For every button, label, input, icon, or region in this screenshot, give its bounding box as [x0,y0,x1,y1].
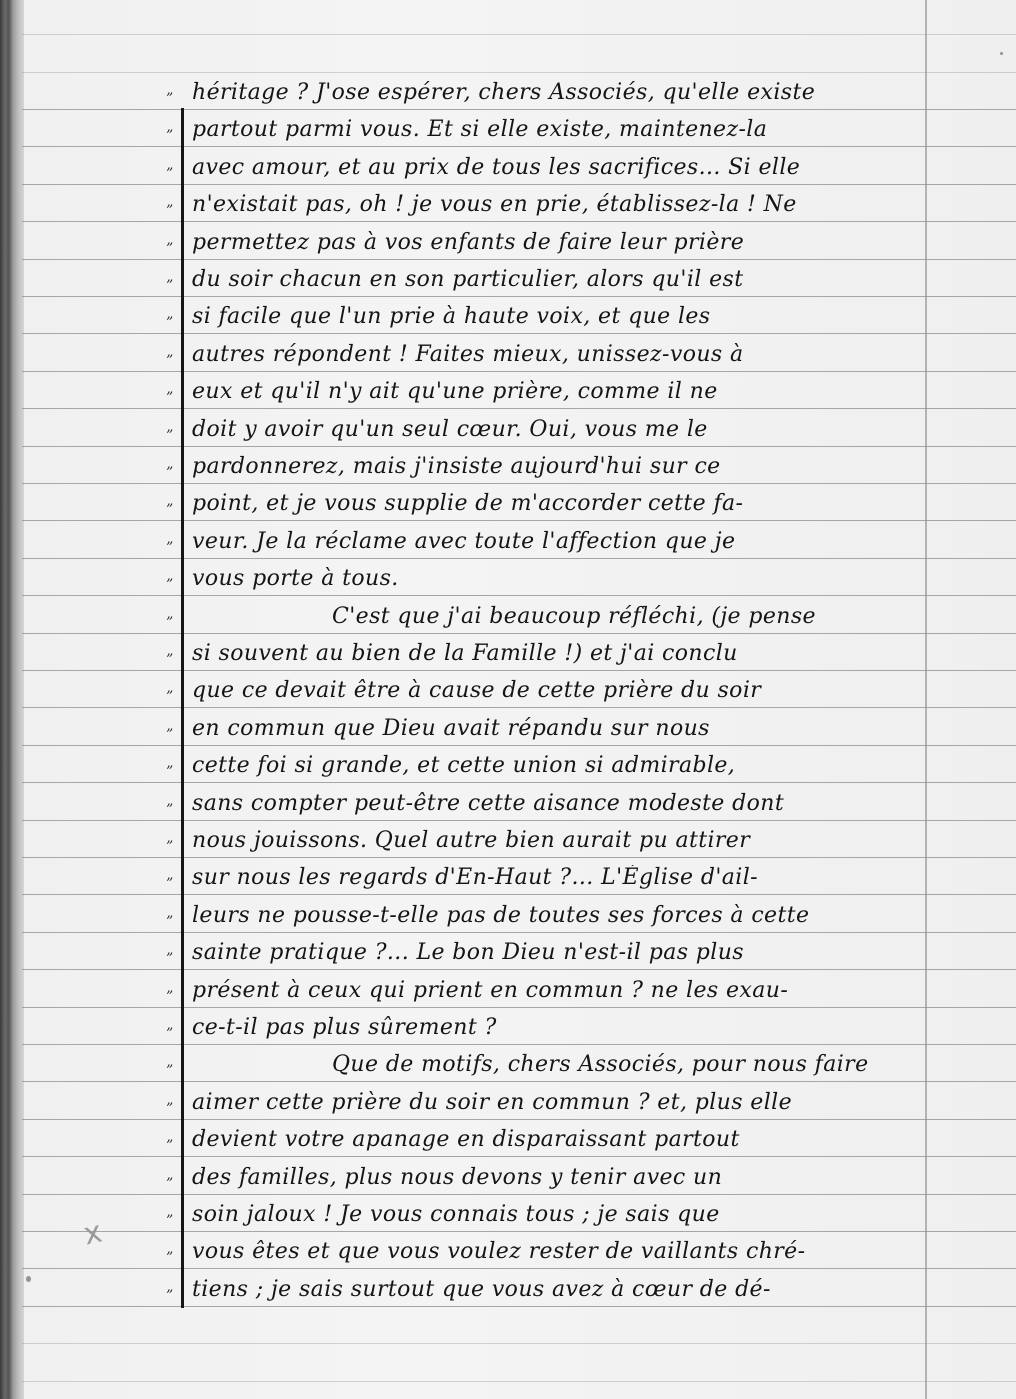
guillemet-margin-mark: ” [166,1176,173,1192]
manuscript-line: ”sur nous les regards d'En-Haut ?... L'É… [0,857,1016,894]
manuscript-line: ”devient votre apanage en disparaissant … [0,1119,1016,1156]
paper-speck [1000,52,1003,55]
guillemet-margin-mark: ” [166,166,173,182]
manuscript-line: ”partout parmi vous. Et si elle existe, … [0,109,1016,146]
line-text: sur nous les regards d'En-Haut ?... L'Ég… [192,865,920,890]
guillemet-margin-mark: ” [166,1026,173,1042]
line-text: cette foi si grande, et cette union si a… [192,753,920,778]
line-text: eux et qu'il n'y ait qu'une prière, comm… [192,379,920,404]
guillemet-margin-mark: ” [166,1250,173,1266]
line-text: C'est que j'ai beaucoup réfléchi, (je pe… [192,604,920,629]
guillemet-margin-mark: ” [166,764,173,780]
manuscript-line: ”des familles, plus nous devons y tenir … [0,1156,1016,1193]
manuscript-line: ”veur. Je la réclame avec toute l'affect… [0,520,1016,557]
manuscript-line: ”vous porte à tous. [0,558,1016,595]
guillemet-margin-mark: ” [166,652,173,668]
line-text: du soir chacun en son particulier, alors… [192,267,920,292]
guillemet-margin-mark: ” [166,1063,173,1079]
manuscript-line: ”doit y avoir qu'un seul cœur. Oui, vous… [0,408,1016,445]
manuscript-line: ”vous êtes et que vous voulez rester de … [0,1231,1016,1268]
line-text: aimer cette prière du soir en commun ? e… [192,1090,920,1115]
guillemet-margin-mark: ” [166,839,173,855]
guillemet-margin-mark: ” [166,914,173,930]
ruled-line [22,34,1016,35]
guillemet-margin-mark: ” [166,951,173,967]
guillemet-margin-mark: ” [166,390,173,406]
line-text: n'existait pas, oh ! je vous en prie, ét… [192,192,920,217]
line-text: nous jouissons. Quel autre bien aurait p… [192,828,920,853]
manuscript-line: ”sainte pratique ?... Le bon Dieu n'est-… [0,932,1016,969]
guillemet-margin-mark: ” [166,577,173,593]
guillemet-margin-mark: ” [166,689,173,705]
manuscript-line: ”nous jouissons. Quel autre bien aurait … [0,820,1016,857]
guillemet-margin-mark: ” [166,241,173,257]
line-text: avec amour, et au prix de tous les sacri… [192,155,920,180]
manuscript-line: ”soin jaloux ! Je vous connais tous ; je… [0,1194,1016,1231]
manuscript-line: ”sans compter peut-être cette aisance mo… [0,782,1016,819]
guillemet-margin-mark: ” [166,1288,173,1304]
ruled-line [22,1306,1016,1307]
guillemet-margin-mark: ” [166,615,173,631]
ruled-line [22,1343,1016,1344]
line-text: que ce devait être à cause de cette priè… [192,678,920,703]
line-text: soin jaloux ! Je vous connais tous ; je … [192,1202,920,1227]
line-text: des familles, plus nous devons y tenir a… [192,1165,920,1190]
manuscript-line: ”autres répondent ! Faites mieux, unisse… [0,333,1016,370]
line-text: Que de motifs, chers Associés, pour nous… [192,1052,920,1077]
line-text: tiens ; je sais surtout que vous avez à … [192,1277,920,1302]
manuscript-line: ”avec amour, et au prix de tous les sacr… [0,146,1016,183]
ruled-line [22,1381,1016,1382]
line-text: partout parmi vous. Et si elle existe, m… [192,117,920,142]
guillemet-margin-mark: ” [166,727,173,743]
guillemet-margin-mark: ” [166,989,173,1005]
manuscript-line: ”ce-t-il pas plus sûrement ? [0,1007,1016,1044]
manuscript-line: ”présent à ceux qui prient en commun ? n… [0,969,1016,1006]
manuscript-line: ”eux et qu'il n'y ait qu'une prière, com… [0,371,1016,408]
guillemet-margin-mark: ” [166,128,173,144]
line-text: autres répondent ! Faites mieux, unissez… [192,342,920,367]
line-text: sans compter peut-être cette aisance mod… [192,791,920,816]
line-text: vous porte à tous. [192,566,920,591]
line-text: sainte pratique ?... Le bon Dieu n'est-i… [192,940,920,965]
manuscript-line: ”C'est que j'ai beaucoup réfléchi, (je p… [0,595,1016,632]
manuscript-line: ”du soir chacun en son particulier, alor… [0,259,1016,296]
manuscript-line: ”cette foi si grande, et cette union si … [0,745,1016,782]
line-text: vous êtes et que vous voulez rester de v… [192,1239,920,1264]
manuscript-page: ”héritage ? J'ose espérer, chers Associé… [0,0,1016,1399]
line-text: pardonnerez, mais j'insiste aujourd'hui … [192,454,920,479]
line-text: veur. Je la réclame avec toute l'affecti… [192,529,920,554]
line-text: ce-t-il pas plus sûrement ? [192,1015,920,1040]
guillemet-margin-mark: ” [166,502,173,518]
manuscript-line: ”n'existait pas, oh ! je vous en prie, é… [0,184,1016,221]
guillemet-margin-mark: ” [166,876,173,892]
line-text: si souvent au bien de la Famille !) et j… [192,641,920,666]
manuscript-line: ”Que de motifs, chers Associés, pour nou… [0,1044,1016,1081]
line-text: présent à ceux qui prient en commun ? ne… [192,978,920,1003]
manuscript-line: ”en commun que Dieu avait répandu sur no… [0,707,1016,744]
line-text: en commun que Dieu avait répandu sur nou… [192,716,920,741]
line-text: devient votre apanage en disparaissant p… [192,1127,920,1152]
guillemet-margin-mark: ” [166,465,173,481]
manuscript-line: ”héritage ? J'ose espérer, chers Associé… [0,72,1016,109]
manuscript-line: ”leurs ne pousse-t-elle pas de toutes se… [0,894,1016,931]
manuscript-line: ”aimer cette prière du soir en commun ? … [0,1081,1016,1118]
guillemet-margin-mark: ” [166,1213,173,1229]
guillemet-margin-mark: ” [166,540,173,556]
manuscript-line: ”pardonnerez, mais j'insiste aujourd'hui… [0,446,1016,483]
guillemet-margin-mark: ” [166,1101,173,1117]
guillemet-margin-mark: ” [166,428,173,444]
manuscript-line: ”tiens ; je sais surtout que vous avez à… [0,1268,1016,1305]
guillemet-margin-mark: ” [166,802,173,818]
manuscript-line: ”que ce devait être à cause de cette pri… [0,670,1016,707]
guillemet-margin-mark: ” [166,315,173,331]
guillemet-margin-mark: ” [166,353,173,369]
manuscript-line: ”si souvent au bien de la Famille !) et … [0,633,1016,670]
guillemet-margin-mark: ” [166,91,173,107]
manuscript-line: ”permettez pas à vos enfants de faire le… [0,221,1016,258]
line-text: point, et je vous supplie de m'accorder … [192,491,920,516]
manuscript-line: ”point, et je vous supplie de m'accorder… [0,483,1016,520]
line-text: leurs ne pousse-t-elle pas de toutes ses… [192,903,920,928]
line-text: doit y avoir qu'un seul cœur. Oui, vous … [192,417,920,442]
line-text: héritage ? J'ose espérer, chers Associés… [192,80,920,105]
paper-speck [26,1276,31,1282]
line-text: si facile que l'un prie à haute voix, et… [192,304,920,329]
guillemet-margin-mark: ” [166,278,173,294]
guillemet-margin-mark: ” [166,203,173,219]
manuscript-line: ”si facile que l'un prie à haute voix, e… [0,296,1016,333]
guillemet-margin-mark: ” [166,1138,173,1154]
line-text: permettez pas à vos enfants de faire leu… [192,230,920,255]
